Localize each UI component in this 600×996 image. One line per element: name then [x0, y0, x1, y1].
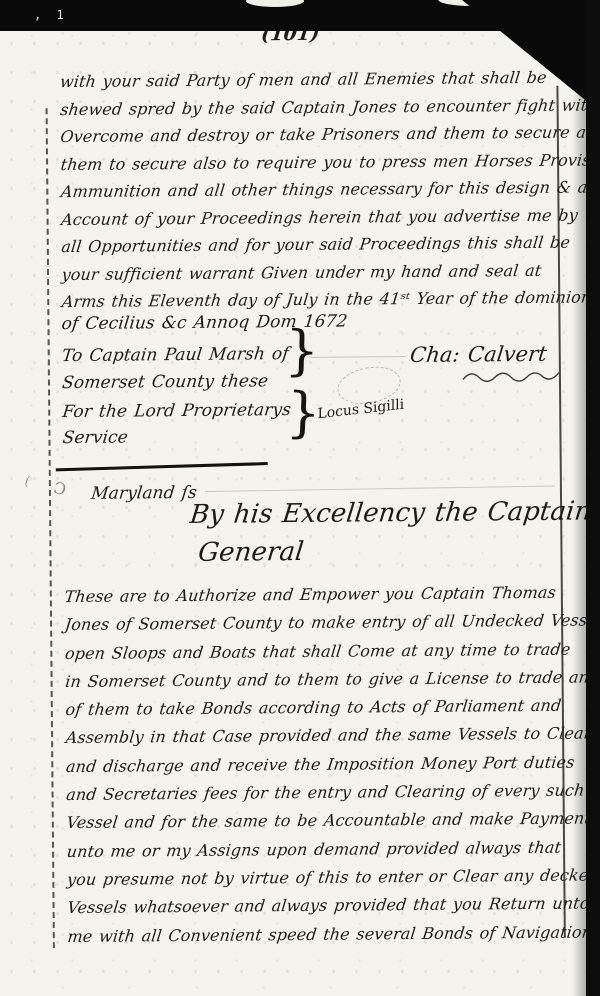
manuscript-line: me with all Convenient speed the several…	[66, 918, 569, 951]
section-divider	[56, 462, 268, 471]
manuscript-line: Jones of Somerset County to make entry o…	[63, 607, 566, 640]
manuscript-paragraph-2: These are to Authorize and Empower you C…	[63, 579, 566, 951]
curly-brace-icon: }	[284, 324, 320, 379]
section-heading: General	[197, 537, 306, 568]
scan-edge-marks: , 1	[34, 8, 68, 22]
ruled-faint-line	[205, 486, 555, 492]
scan-shadow	[572, 0, 586, 996]
jurisdiction-label: Maryland ſs	[90, 483, 198, 504]
manuscript-line: Vessels whatsoever and always provided t…	[66, 890, 569, 923]
seal-note: Locus Sigilli	[317, 396, 404, 422]
scan-edge-speck	[246, 0, 304, 7]
manuscript-line: them to secure also to require you to pr…	[59, 146, 562, 178]
manuscript-line: open Sloops and Boats that shall Come at…	[63, 635, 566, 668]
manuscript-line: with your said Party of men and all Enem…	[58, 64, 561, 96]
sheet: (101) with your said Party of men and al…	[0, 0, 600, 996]
signature: Cha: Calvert	[409, 342, 548, 367]
manuscript-line: Overcome and destroy or take Prisoners a…	[59, 119, 562, 151]
signature-flourish-icon	[461, 369, 571, 386]
scan-right-edge	[586, 0, 600, 996]
manuscript-line: your sufficient warrant Given under my h…	[60, 256, 563, 288]
manuscript-line: Vessel and for the same to be Accountabl…	[65, 805, 568, 838]
signature-rule	[309, 356, 406, 358]
curly-brace-icon: }	[285, 385, 322, 440]
address-line: To Captain Paul Marsh of	[61, 344, 290, 366]
manuscript-paragraph-1: with your said Party of men and all Enem…	[58, 64, 560, 316]
address-line: Service	[62, 427, 129, 448]
manuscript-line: and discharge and receive the Imposition…	[64, 748, 567, 781]
edge-tick-icon: (	[24, 474, 31, 489]
left-margin-rule	[46, 108, 55, 948]
manuscript-line: Ammunition and all other things necessar…	[59, 174, 562, 206]
manuscript-line: Assembly in that Case provided and the s…	[64, 720, 567, 753]
paragraph-mark-icon: Ɔ	[52, 478, 68, 499]
manuscript-line: Account of your Proceedings herein that …	[60, 201, 563, 233]
address-line: Somerset County these	[61, 371, 269, 393]
address-line: For the Lord Proprietarys	[61, 400, 292, 422]
manuscript-line: shewed spred by the said Captain Jones t…	[59, 91, 562, 123]
manuscript-line: Arms this Eleventh day of July in the 41…	[60, 284, 563, 316]
section-heading: By his Excellency the Captain	[188, 496, 593, 530]
manuscript-page: (101) with your said Party of men and al…	[0, 0, 600, 996]
manuscript-line: unto me or my Assigns upon demand provid…	[65, 833, 568, 866]
manuscript-line: all Opportunities and for your said Proc…	[60, 229, 563, 261]
